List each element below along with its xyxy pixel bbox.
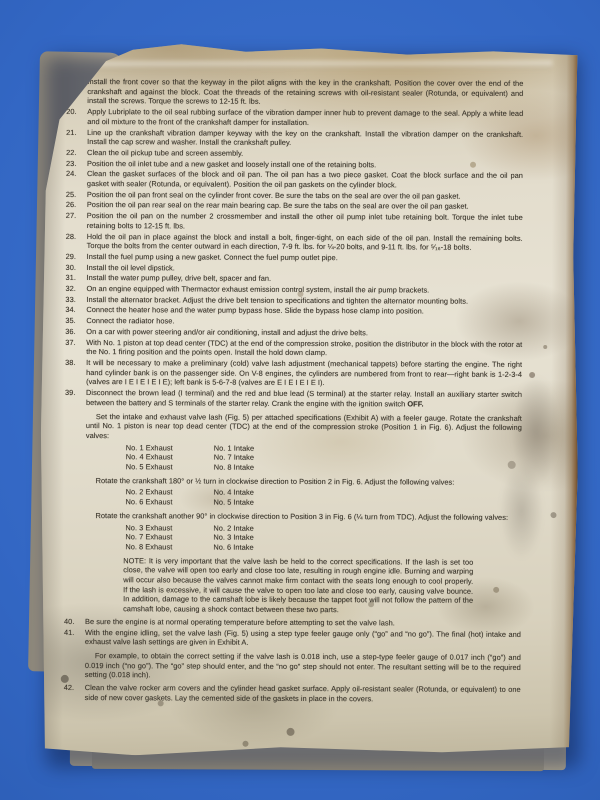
item-text: Position the oil pan on the number 2 cro… (87, 211, 523, 230)
item-text: Install the fuel pump using a new gasket… (87, 252, 338, 262)
valve-table: No. 2 ExhaustNo. 4 IntakeNo. 6 ExhaustNo… (126, 488, 522, 509)
item-text: With No. 1 piston at top dead center (TD… (86, 338, 522, 358)
list-item: 28.Hold the oil pan in place against the… (66, 231, 523, 252)
list-item: 23.Position the oil inlet tube and a new… (66, 159, 523, 171)
paper-fold-highlight (79, 60, 552, 70)
list-item: 26.Position the oil pan rear seal on the… (66, 200, 523, 212)
item-text: Disconnect the brown lead (I terminal) a… (86, 388, 522, 408)
item-number: 35. (65, 316, 75, 326)
item-text: Connect the heater hose and the water pu… (86, 305, 424, 315)
list-item: 24.Clean the gasket surfaces of the bloc… (66, 169, 523, 190)
item-number: 29. (66, 252, 76, 262)
list-item: 41.With the engine idling, set the valve… (64, 627, 521, 648)
list-item: 36.On a car with power steering and/or a… (65, 327, 522, 339)
item-number: 28. (66, 231, 76, 241)
list-item: 34.Connect the heater hose and the water… (65, 305, 522, 317)
list-item: 37.With No. 1 piston at top dead center … (65, 338, 522, 359)
para-paragraph: Set the intake and exhaust valve lash (F… (86, 412, 522, 443)
item-text: Hold the oil pan in place against the bl… (87, 232, 523, 252)
item-number: 38. (65, 358, 75, 368)
item-number: 34. (65, 305, 75, 315)
manual-page: 19.Install the front cover so that the k… (38, 41, 579, 757)
valve-cell: No. 6 Exhaust (126, 497, 214, 507)
valve-cell: No. 2 Exhaust (126, 488, 214, 498)
para-paragraph: Rotate the crankshaft 180° or ½ turn in … (86, 476, 522, 488)
valve-cell: No. 3 Exhaust (125, 523, 213, 533)
dirt-specks (42, 41, 46, 45)
item-number: 33. (65, 295, 75, 305)
valve-row: No. 6 ExhaustNo. 5 Intake (126, 497, 522, 508)
item-number: 24. (66, 169, 76, 179)
list-item: 20.Apply Lubriplate to the oil seal rubb… (66, 107, 523, 128)
document-body: 19.Install the front cover so that the k… (64, 77, 524, 705)
item-number: 32. (65, 284, 75, 294)
item-number: 21. (66, 127, 76, 137)
item-number: 31. (66, 273, 76, 283)
list-item: 21.Line up the crankshaft vibration damp… (66, 127, 523, 148)
valve-cell: No. 4 Exhaust (126, 453, 214, 463)
item-number: 36. (65, 327, 75, 337)
item-number: 22. (66, 148, 76, 158)
valve-cell: No. 5 Exhaust (126, 462, 214, 472)
list-item: 22.Clean the oil pickup tube and screen … (66, 148, 523, 160)
item-text: On a car with power steering and/or air … (86, 327, 368, 337)
item-text: Install the oil level dipstick. (87, 263, 175, 272)
list-item: 39.Disconnect the brown lead (I terminal… (65, 388, 522, 409)
item-text: On an engine equipped with Thermactor ex… (86, 284, 429, 294)
photo-background: 19.Install the front cover so that the k… (0, 0, 600, 800)
item-text: Install the front cover so that the keyw… (87, 77, 523, 106)
list-item: 31.Install the water pump pulley, drive … (66, 273, 523, 285)
para-paragraph: Rotate the crankshaft another 90° in clo… (85, 511, 521, 523)
item-number: 25. (66, 190, 76, 200)
valve-cell: No. 8 Exhaust (125, 542, 213, 552)
list-item: 35.Connect the radiator hose. (65, 316, 522, 328)
list-item: 29.Install the fuel pump using a new gas… (66, 252, 523, 264)
item-text: Position the oil pan front seal on the c… (87, 190, 461, 201)
item-number: 37. (65, 338, 75, 348)
item-number: 39. (65, 388, 75, 398)
list-item: 30.Install the oil level dipstick. (66, 263, 523, 275)
valve-table: No. 3 ExhaustNo. 2 IntakeNo. 7 ExhaustNo… (125, 523, 521, 554)
item-text: Install the alternator bracket. Adjust t… (86, 295, 468, 306)
valve-table: No. 1 ExhaustNo. 1 IntakeNo. 4 ExhaustNo… (126, 443, 522, 474)
item-text: With the engine idling, set the valve la… (85, 628, 521, 647)
list-item: 32.On an engine equipped with Thermactor… (65, 284, 522, 296)
valve-cell: No. 7 Exhaust (125, 532, 213, 542)
note-paragraph: NOTE: It is very important that the valv… (123, 556, 473, 616)
valve-cell: No. 2 Intake (213, 523, 301, 533)
item-number: 26. (66, 200, 76, 210)
valve-cell: No. 6 Intake (213, 543, 301, 553)
valve-cell: No. 1 Intake (214, 443, 302, 453)
item-number: 27. (66, 211, 76, 221)
item-number: 41. (64, 627, 74, 637)
item-text: Apply Lubriplate to the oil seal rubbing… (87, 107, 523, 127)
list-item: 33.Install the alternator bracket. Adjus… (65, 295, 522, 307)
item-text: Clean the valve rocker arm covers and th… (85, 683, 521, 703)
valve-cell: No. 1 Exhaust (126, 443, 214, 453)
valve-cell: No. 8 Intake (214, 463, 302, 473)
item-text: Clean the gasket surfaces of the block a… (87, 169, 523, 189)
item-text: Install the water pump pulley, drive bel… (87, 273, 272, 283)
list-item: 42.Clean the valve rocker arm covers and… (64, 683, 521, 704)
valve-cell: No. 5 Intake (214, 498, 302, 508)
valve-row: No. 5 ExhaustNo. 8 Intake (126, 462, 522, 473)
item-text: It will be necessary to make a prelimina… (86, 358, 522, 387)
item-text: Position the oil pan rear seal on the re… (87, 200, 469, 211)
item-text: Connect the radiator hose. (86, 316, 174, 325)
item-text: Clean the oil pickup tube and screen ass… (87, 148, 243, 158)
item-number: 42. (64, 683, 74, 693)
item-number: 23. (66, 159, 76, 169)
item-text: Be sure the engine is at normal operatin… (85, 617, 395, 627)
list-item: 27.Position the oil pan on the number 2 … (66, 211, 523, 232)
valve-cell: No. 7 Intake (214, 453, 302, 463)
list-item: 40.Be sure the engine is at normal opera… (64, 617, 521, 629)
list-item: 25.Position the oil pan front seal on th… (66, 190, 523, 202)
item-text: Position the oil inlet tube and a new ga… (87, 159, 376, 169)
item-text: Line up the crankshaft vibration damper … (87, 128, 523, 148)
item-number: 40. (64, 617, 74, 627)
item-number: 30. (66, 263, 76, 273)
list-item: 38.It will be necessary to make a prelim… (65, 358, 522, 389)
valve-cell: No. 4 Intake (214, 488, 302, 498)
valve-row: No. 8 ExhaustNo. 6 Intake (125, 542, 521, 553)
list-item: 19.Install the front cover so that the k… (66, 77, 523, 108)
valve-cell: No. 3 Intake (213, 533, 301, 543)
para-paragraph: For example, to obtain the correct setti… (85, 651, 521, 682)
